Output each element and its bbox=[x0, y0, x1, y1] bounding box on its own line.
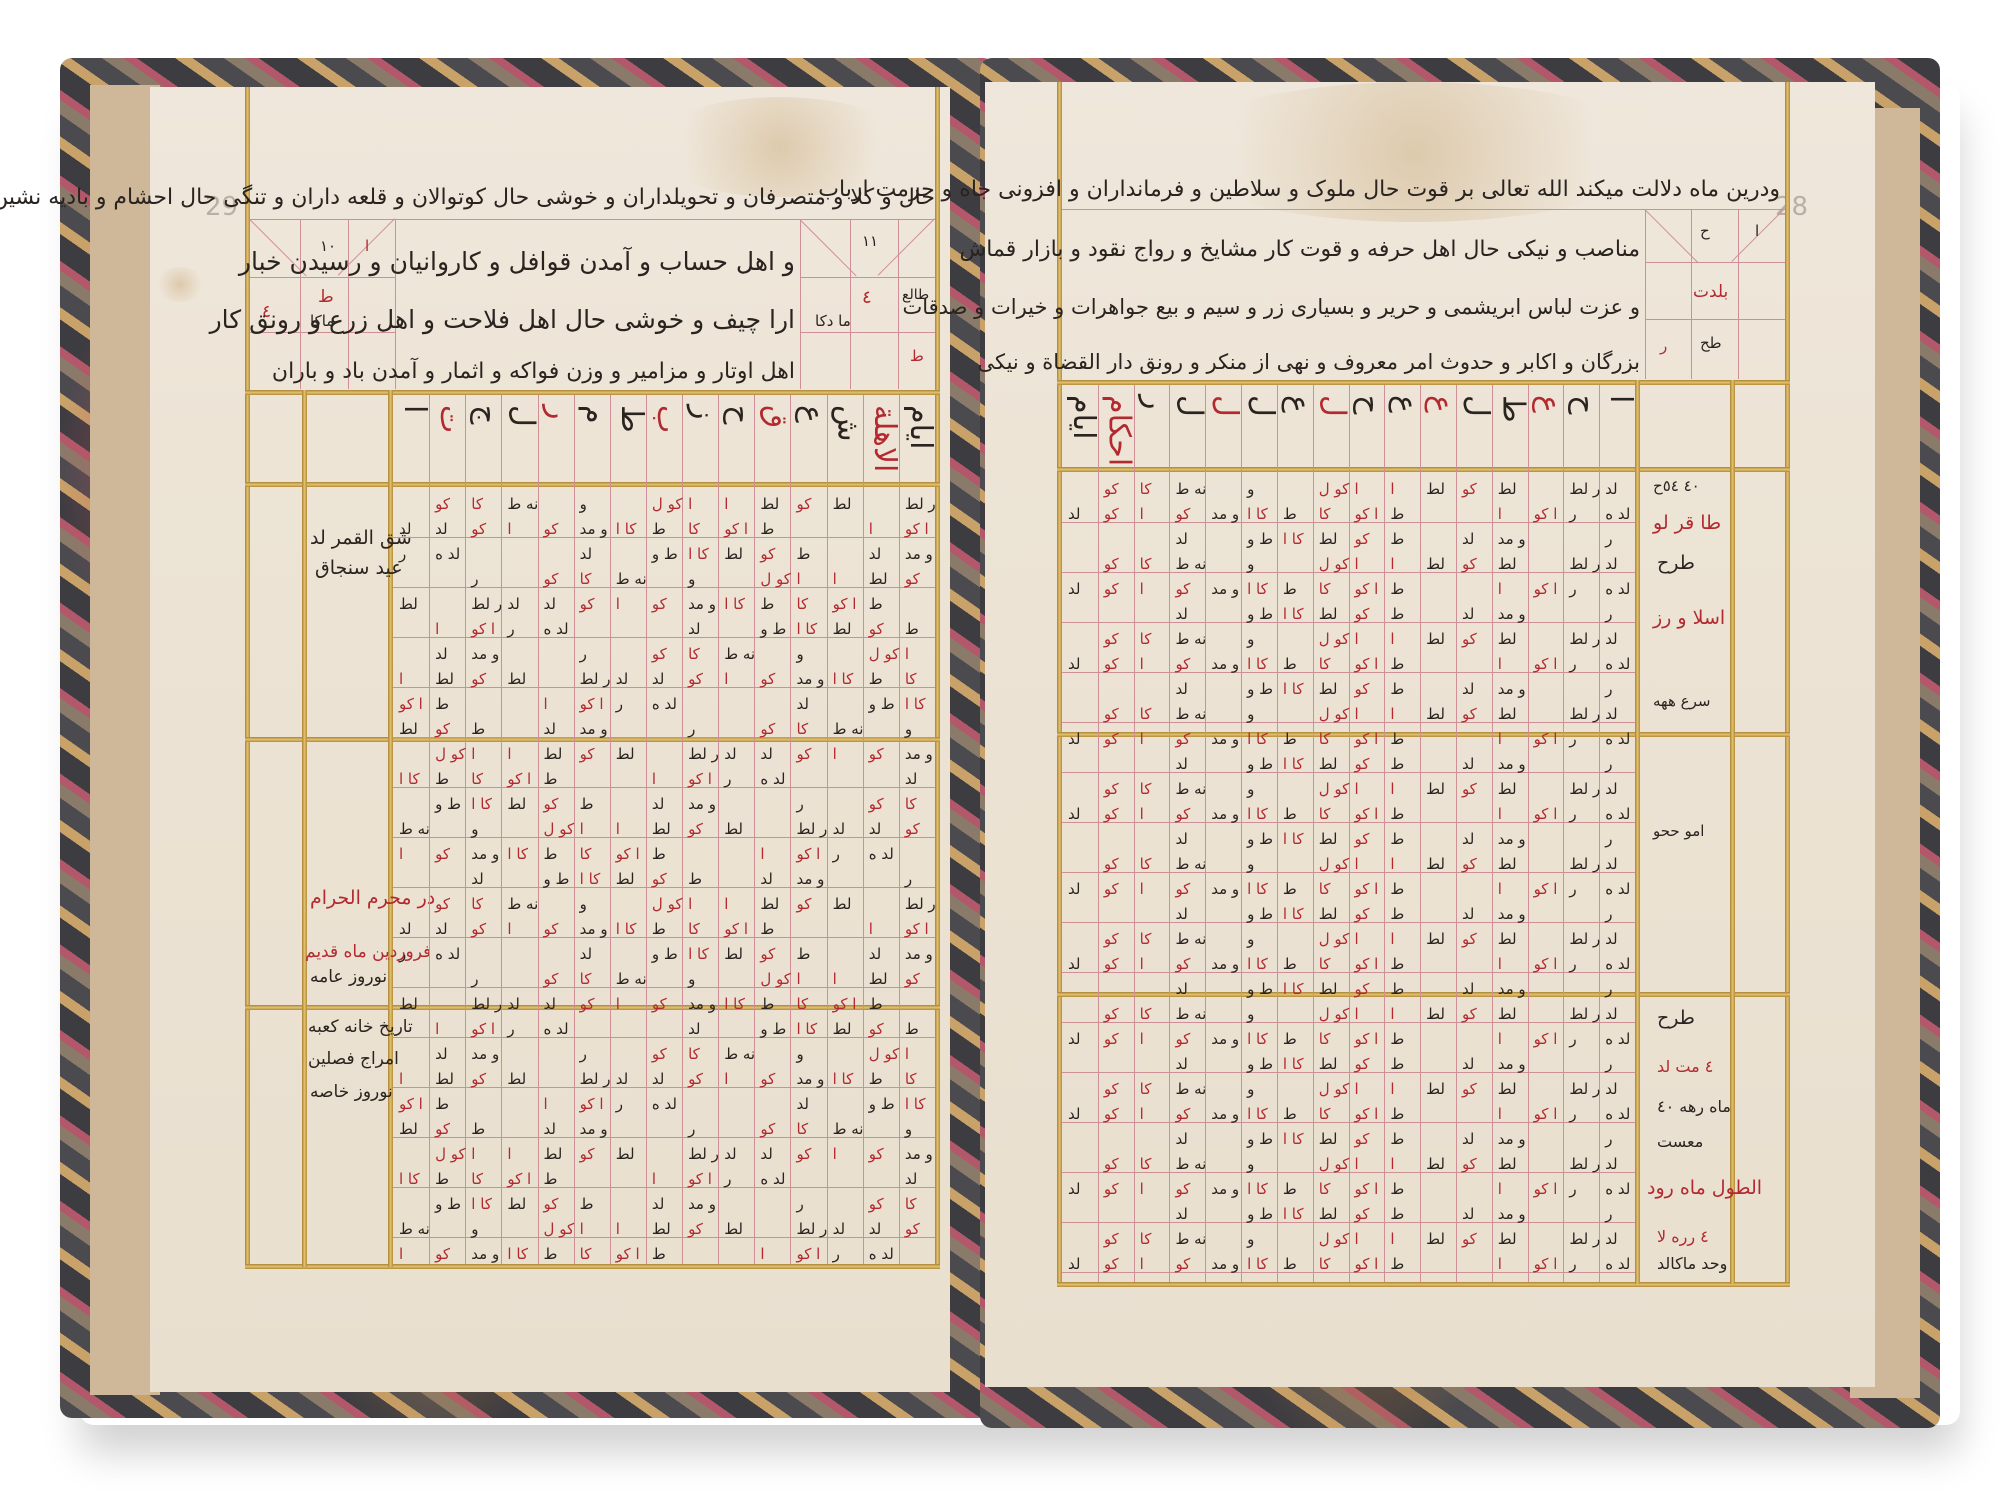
table-cell: كو bbox=[1462, 855, 1477, 873]
table-cell: و bbox=[1247, 705, 1254, 723]
table-cell: كو bbox=[1104, 1180, 1119, 1198]
table-cell: كو bbox=[1175, 1180, 1190, 1198]
table-cell: ا bbox=[1390, 855, 1394, 873]
table-cell: و مد bbox=[1211, 655, 1239, 673]
gold-rule bbox=[245, 390, 940, 395]
table-cell: كو bbox=[1175, 730, 1190, 748]
table-cell: لط bbox=[760, 495, 779, 513]
table-cell: ط bbox=[1390, 505, 1404, 523]
table-cell: كا bbox=[796, 720, 808, 738]
table-cell: لط bbox=[507, 1070, 526, 1088]
table-cell: كا bbox=[1140, 855, 1152, 873]
table-cell: لد bbox=[1462, 530, 1474, 548]
table-cell: لط bbox=[760, 895, 779, 913]
table-cell: كا bbox=[796, 995, 808, 1013]
table-cell: ر لط bbox=[1569, 555, 1600, 573]
gold-rule bbox=[1785, 82, 1790, 1284]
table-cell: ر لط bbox=[1569, 1005, 1600, 1023]
table-cell: و مد bbox=[1211, 1030, 1239, 1048]
table-cell: كا bbox=[471, 1170, 483, 1188]
table-cell: كو bbox=[1175, 955, 1190, 973]
table-cell: ط و bbox=[1247, 1205, 1273, 1223]
table-cell: نه ط bbox=[507, 895, 538, 913]
calendar-note: معست bbox=[1657, 1132, 1703, 1151]
table-cell: لد bbox=[616, 1070, 628, 1088]
horoscope-value: ر bbox=[1660, 337, 1667, 355]
table-cell: ط bbox=[471, 1120, 485, 1138]
table-cell: ا bbox=[1355, 705, 1359, 723]
table-cell: كو bbox=[1462, 480, 1477, 498]
table-cell: كو bbox=[1462, 1230, 1477, 1248]
table-cell: ا bbox=[1355, 555, 1359, 573]
table-cell: لد bbox=[1175, 905, 1187, 923]
table-cell: لد bbox=[1605, 780, 1617, 798]
table-cell: لد bbox=[1462, 905, 1474, 923]
column-header: ل bbox=[1173, 395, 1208, 417]
gold-rule bbox=[388, 390, 393, 1267]
gold-rule bbox=[1730, 380, 1735, 1284]
table-cell: كو bbox=[544, 795, 559, 813]
table-cell: ا كو bbox=[1534, 805, 1558, 823]
column-header: ط bbox=[1496, 395, 1531, 423]
table-cell: لد bbox=[652, 1195, 664, 1213]
table-cell: كو bbox=[905, 820, 920, 838]
table-cell: لد bbox=[1462, 755, 1474, 773]
table-cell: كو bbox=[1462, 1005, 1477, 1023]
table-cell: ا كو bbox=[724, 520, 748, 538]
table-cell: ا bbox=[1390, 705, 1394, 723]
table-cell: ط bbox=[1283, 730, 1297, 748]
table-cell: لد bbox=[652, 795, 664, 813]
table-cell: و مد bbox=[1211, 730, 1239, 748]
table-cell: ط bbox=[905, 1020, 919, 1038]
table-cell: ر bbox=[1605, 1130, 1612, 1148]
table-cell: لط bbox=[399, 1120, 418, 1138]
table-cell: كو bbox=[652, 995, 667, 1013]
table-cell: كو bbox=[1175, 1105, 1190, 1123]
table-cell: كو bbox=[796, 745, 811, 763]
table-cell: لد bbox=[616, 670, 628, 688]
table-cell: كا ا bbox=[507, 845, 528, 863]
table-cell: ر bbox=[616, 695, 623, 713]
table-cell: لد bbox=[1175, 530, 1187, 548]
table-cell: ا bbox=[1498, 1105, 1502, 1123]
table-cell: كو bbox=[1104, 1080, 1119, 1098]
table-cell: ا bbox=[399, 1070, 403, 1088]
table-cell: ا bbox=[724, 495, 728, 513]
table-cell: لط bbox=[1498, 630, 1517, 648]
table-cell: نه ط bbox=[1175, 1230, 1206, 1248]
table-cell: و مد bbox=[1498, 830, 1526, 848]
column-header: ع bbox=[1531, 395, 1566, 413]
table-cell: كو ل bbox=[1319, 480, 1350, 498]
table-cell: لد ه bbox=[1605, 1105, 1630, 1123]
table-cell: كو bbox=[1104, 805, 1119, 823]
table-cell: كو ل bbox=[652, 495, 683, 513]
table-cell: لد bbox=[652, 670, 664, 688]
table-cell: لط bbox=[1498, 1230, 1517, 1248]
table-cell: ا كو bbox=[1355, 1180, 1379, 1198]
table-cell: كو bbox=[760, 1070, 775, 1088]
table-cell: لد ه bbox=[1605, 955, 1630, 973]
table-cell: كا ا bbox=[905, 695, 926, 713]
table-cell: لد bbox=[869, 945, 881, 963]
table-cell: كو bbox=[905, 1220, 920, 1238]
table-cell: ا كو bbox=[833, 995, 857, 1013]
table-cell: و bbox=[471, 820, 478, 838]
table-cell: لط bbox=[1319, 1130, 1338, 1148]
column-header: ط bbox=[614, 405, 649, 433]
table-cell: كا bbox=[1319, 955, 1331, 973]
table-cell: كو bbox=[869, 620, 884, 638]
table-cell: و bbox=[471, 1220, 478, 1238]
column-header: ایام bbox=[1066, 395, 1101, 439]
table-cell: ط و bbox=[1247, 980, 1273, 998]
table-cell: لط bbox=[1426, 705, 1445, 723]
table-cell: لط bbox=[652, 1220, 671, 1238]
gold-rule bbox=[1057, 1282, 1790, 1287]
table-cell: كا ا bbox=[796, 1020, 817, 1038]
table-cell: ط bbox=[760, 595, 774, 613]
table-cell: نه ط bbox=[724, 1045, 755, 1063]
table-cell: و مد bbox=[1211, 880, 1239, 898]
table-cell: ا bbox=[399, 845, 403, 863]
table-cell: ر bbox=[1605, 1055, 1612, 1073]
table-cell: لد bbox=[652, 1070, 664, 1088]
column-header: ل bbox=[1317, 395, 1352, 417]
table-cell: كا ا bbox=[399, 1170, 420, 1188]
column-header: ش bbox=[831, 405, 866, 442]
table-cell: ر bbox=[1605, 755, 1612, 773]
table-cell: لط bbox=[507, 670, 526, 688]
column-header: ایام bbox=[903, 405, 938, 449]
gold-rule bbox=[302, 390, 307, 1267]
table-cell: لط bbox=[1426, 630, 1445, 648]
table-cell: لط bbox=[1498, 1080, 1517, 1098]
table-cell: و bbox=[1247, 480, 1254, 498]
table-cell: و مد bbox=[1211, 1180, 1239, 1198]
table-cell: كا ا bbox=[833, 670, 854, 688]
table-cell: ط و bbox=[869, 1095, 895, 1113]
table-cell: لد bbox=[399, 920, 411, 938]
table-cell: كو bbox=[1355, 1055, 1370, 1073]
table-cell: كا ا bbox=[1283, 830, 1304, 848]
table-cell: ط و bbox=[1247, 1130, 1273, 1148]
table-cell: كو ل bbox=[869, 1045, 900, 1063]
table-cell: كو ل bbox=[1319, 630, 1350, 648]
table-cell: ا bbox=[1355, 780, 1359, 798]
table-cell: و bbox=[580, 895, 587, 913]
table-cell: كا bbox=[580, 970, 592, 988]
table-cell: ا bbox=[760, 1245, 764, 1263]
table-cell: ا bbox=[833, 1145, 837, 1163]
table-cell: كا bbox=[1319, 1180, 1331, 1198]
table-cell: كو bbox=[580, 745, 595, 763]
column-header: احکام bbox=[1102, 395, 1137, 466]
table-cell: و مد bbox=[796, 1070, 824, 1088]
table-cell: كا bbox=[688, 645, 700, 663]
table-cell: ا كو bbox=[399, 1095, 423, 1113]
table-cell: كا bbox=[1140, 555, 1152, 573]
table-cell: كا bbox=[1140, 930, 1152, 948]
table-cell: كو bbox=[1104, 1105, 1119, 1123]
table-cell: و bbox=[1247, 1155, 1254, 1173]
table-cell: ا كو bbox=[1355, 655, 1379, 673]
table-cell: لد ه bbox=[652, 695, 677, 713]
table-cell: ا bbox=[796, 570, 800, 588]
table-cell: كو bbox=[1175, 580, 1190, 598]
table-cell: ط bbox=[1390, 1030, 1404, 1048]
table-cell: لط bbox=[1426, 1005, 1445, 1023]
table-cell: لد bbox=[507, 995, 519, 1013]
table-cell: لد bbox=[1068, 805, 1080, 823]
calendar-note: امو ححو bbox=[1653, 822, 1704, 840]
table-cell: كو bbox=[1355, 680, 1370, 698]
table-cell: لط bbox=[1498, 855, 1517, 873]
table-cell: لد bbox=[1462, 830, 1474, 848]
table-cell: ا كو bbox=[507, 770, 531, 788]
table-cell: كو bbox=[580, 995, 595, 1013]
table-cell: و مد bbox=[580, 1120, 608, 1138]
table-cell: ا bbox=[1498, 730, 1502, 748]
calendar-note: امراج فصلین bbox=[308, 1049, 399, 1069]
table-cell: كا bbox=[796, 1120, 808, 1138]
table-cell: كو bbox=[544, 970, 559, 988]
calendar-note: طا قر لو bbox=[1653, 512, 1721, 534]
table-cell: ا كو bbox=[1355, 730, 1379, 748]
column-header: ر bbox=[1138, 395, 1173, 410]
horoscope-value: ط bbox=[910, 347, 924, 365]
table-cell: ا bbox=[1390, 630, 1394, 648]
table-cell: ا bbox=[1498, 505, 1502, 523]
table-cell: لط bbox=[869, 570, 888, 588]
table-cell: ا كو bbox=[471, 1020, 495, 1038]
table-cell: لد bbox=[869, 820, 881, 838]
table-cell: كا bbox=[1319, 730, 1331, 748]
table-cell: ط و bbox=[1247, 830, 1273, 848]
table-cell: و مد bbox=[1211, 955, 1239, 973]
table-cell: و مد bbox=[905, 1145, 933, 1163]
table-cell: لط bbox=[1319, 905, 1338, 923]
table-cell: لد bbox=[1605, 855, 1617, 873]
table-cell: و مد bbox=[688, 1195, 716, 1213]
table-cell: كا ا bbox=[1283, 905, 1304, 923]
prose-line: ودرین ماه دلالت میکند الله تعالی بر قوت … bbox=[1060, 177, 1780, 202]
table-cell: كا bbox=[688, 520, 700, 538]
table-cell: ا bbox=[652, 1170, 656, 1188]
table-cell: ا bbox=[1390, 1230, 1394, 1248]
table-cell: ا كو bbox=[688, 770, 712, 788]
table-cell: كا ا bbox=[1283, 755, 1304, 773]
table-cell: ا bbox=[724, 1070, 728, 1088]
table-cell: كا ا bbox=[905, 1095, 926, 1113]
table-cell: لد bbox=[1068, 1255, 1080, 1273]
table-cell: ر bbox=[1569, 655, 1576, 673]
table-cell: ا bbox=[1355, 1005, 1359, 1023]
table-cell: كا bbox=[1319, 880, 1331, 898]
table-cell: كا bbox=[688, 1045, 700, 1063]
table-cell: ر لط bbox=[1569, 480, 1600, 498]
table-cell: ا bbox=[760, 845, 764, 863]
table-cell: كا ا bbox=[1247, 1255, 1268, 1273]
table-cell: كا bbox=[1140, 1155, 1152, 1173]
table-cell: كو bbox=[1104, 780, 1119, 798]
table-cell: ر bbox=[616, 1095, 623, 1113]
table-cell: و مد bbox=[688, 995, 716, 1013]
table-cell: ر bbox=[724, 770, 731, 788]
table-cell: كا ا bbox=[1247, 805, 1268, 823]
table-cell: كو bbox=[905, 970, 920, 988]
table-cell: لد bbox=[1068, 655, 1080, 673]
table-cell: ر bbox=[724, 1170, 731, 1188]
table-cell: كا bbox=[796, 595, 808, 613]
table-cell: ا bbox=[435, 620, 439, 638]
table-cell: ط bbox=[1283, 955, 1297, 973]
table-cell: ط bbox=[1390, 1205, 1404, 1223]
table-cell: كو ل bbox=[1319, 705, 1350, 723]
table-cell: لد bbox=[833, 820, 845, 838]
table-cell: كو bbox=[435, 1245, 450, 1263]
prose-line: ارا چیف و خوشی حال اهل فلاحت و اهل زرع و… bbox=[395, 305, 795, 334]
table-cell: كو bbox=[1355, 755, 1370, 773]
table-cell: ا كو bbox=[580, 695, 604, 713]
table-cell: لد ه bbox=[1605, 1180, 1630, 1198]
table-cell: ا bbox=[507, 920, 511, 938]
table-cell: لد bbox=[833, 1220, 845, 1238]
table-cell: كو bbox=[1104, 505, 1119, 523]
table-cell: ر bbox=[796, 795, 803, 813]
table-cell: لط bbox=[1319, 530, 1338, 548]
table-cell: ر لط bbox=[688, 745, 719, 763]
table-cell: ر bbox=[471, 570, 478, 588]
table-cell: ر لط bbox=[905, 895, 936, 913]
table-cell: كو bbox=[1355, 1205, 1370, 1223]
table-cell: نه ط bbox=[399, 1220, 430, 1238]
table-cell: كو bbox=[1104, 705, 1119, 723]
table-cell: لط bbox=[1319, 1205, 1338, 1223]
table-cell: لط bbox=[1498, 1005, 1517, 1023]
table-cell: ط bbox=[1390, 955, 1404, 973]
table-cell: كا ا bbox=[1247, 655, 1268, 673]
table-cell: ط bbox=[1390, 830, 1404, 848]
table-cell: ط bbox=[544, 845, 558, 863]
table-cell: لط bbox=[1426, 930, 1445, 948]
table-cell: ر لط bbox=[1569, 930, 1600, 948]
table-cell: كو ل bbox=[1319, 1155, 1350, 1173]
table-cell: كا bbox=[471, 770, 483, 788]
table-cell: كو bbox=[1104, 855, 1119, 873]
table-cell: ا كو bbox=[1534, 655, 1558, 673]
table-cell: لد bbox=[580, 545, 592, 563]
table-cell: ر bbox=[1569, 880, 1576, 898]
table-cell: ا bbox=[1498, 880, 1502, 898]
table-cell: ط bbox=[796, 945, 810, 963]
table-cell: و مد bbox=[1211, 805, 1239, 823]
column-header: الاهلة bbox=[867, 405, 902, 472]
table-cell: ا bbox=[1355, 1230, 1359, 1248]
table-cell: ط bbox=[1283, 1030, 1297, 1048]
calendar-note: طرح bbox=[1657, 552, 1695, 574]
table-cell: لد bbox=[1462, 1130, 1474, 1148]
table-cell: ا bbox=[1390, 1155, 1394, 1173]
table-cell: لد bbox=[869, 545, 881, 563]
table-cell: لط bbox=[724, 545, 743, 563]
table-cell: كو bbox=[1462, 1155, 1477, 1173]
table-cell: لد ه bbox=[435, 945, 460, 963]
table-cell: كا ا bbox=[1247, 730, 1268, 748]
column-header: ل bbox=[1209, 395, 1244, 417]
calendar-note: ٤٠ ٥٤ح bbox=[1653, 477, 1700, 495]
table-cell: كا bbox=[905, 670, 917, 688]
table-cell: كو bbox=[1104, 930, 1119, 948]
table-cell: لد ه bbox=[1605, 580, 1630, 598]
table-cell: ا كو bbox=[1534, 505, 1558, 523]
table-cell: ر لط bbox=[1569, 1230, 1600, 1248]
table-cell: و مد bbox=[1498, 755, 1526, 773]
table-cell: ر bbox=[688, 720, 695, 738]
table-cell: لط bbox=[1319, 755, 1338, 773]
gold-rule bbox=[1635, 380, 1640, 1284]
table-cell: لط bbox=[652, 820, 671, 838]
table-cell: كا bbox=[1319, 1030, 1331, 1048]
table-cell: كو bbox=[1462, 705, 1477, 723]
table-cell: كا bbox=[471, 495, 483, 513]
table-cell: لد bbox=[760, 1145, 772, 1163]
table-cell: كو bbox=[1462, 630, 1477, 648]
column-header: ز bbox=[686, 405, 721, 420]
table-cell: ر bbox=[399, 945, 406, 963]
column-header: ت bbox=[433, 405, 468, 433]
table-cell: ا bbox=[507, 745, 511, 763]
table-cell: ر لط bbox=[1569, 630, 1600, 648]
table-cell: لد bbox=[1605, 555, 1617, 573]
table-cell: كا ا bbox=[507, 1245, 528, 1263]
table-cell: ر bbox=[507, 620, 514, 638]
table-cell: كو ل bbox=[435, 1145, 466, 1163]
right-page: 28 ا ح بلدت طح ر ودرین ماه دلالت میکند ا… bbox=[985, 82, 1875, 1387]
table-cell: و مد bbox=[1498, 980, 1526, 998]
table-cell: كو bbox=[760, 545, 775, 563]
table-cell: ر bbox=[399, 545, 406, 563]
table-cell: ا كو bbox=[1534, 1255, 1558, 1273]
prose-line: بزرگان و اکابر و حدوث امر معروف و نهی از… bbox=[1060, 350, 1640, 374]
table-cell: كو bbox=[544, 520, 559, 538]
table-cell: نه ط bbox=[1175, 1155, 1206, 1173]
table-cell: كو bbox=[1104, 1030, 1119, 1048]
calendar-note: شق القمر لد bbox=[310, 527, 412, 549]
table-cell: لط bbox=[724, 1220, 743, 1238]
table-cell: نه ط bbox=[616, 970, 647, 988]
table-cell: نه ط bbox=[724, 645, 755, 663]
table-cell: ا كو bbox=[616, 1245, 640, 1263]
table-cell: نه ط bbox=[833, 720, 864, 738]
column-header: ل bbox=[1245, 395, 1280, 417]
table-cell: ط bbox=[1283, 880, 1297, 898]
table-cell: ط bbox=[1390, 755, 1404, 773]
table-cell: كو bbox=[688, 670, 703, 688]
calendar-note: وحد ماکالد bbox=[1657, 1254, 1727, 1273]
table-cell: ر bbox=[507, 1020, 514, 1038]
table-cell: لد bbox=[1605, 705, 1617, 723]
table-cell: نه ط bbox=[1175, 1080, 1206, 1098]
table-cell: ا bbox=[1140, 505, 1144, 523]
column-header: ح bbox=[1352, 395, 1387, 414]
gold-rule bbox=[1057, 82, 1062, 1284]
table-cell: و bbox=[1247, 1005, 1254, 1023]
table-cell: ط bbox=[544, 1245, 558, 1263]
table-cell: ا كو bbox=[1355, 880, 1379, 898]
table-cell: ا bbox=[1140, 730, 1144, 748]
